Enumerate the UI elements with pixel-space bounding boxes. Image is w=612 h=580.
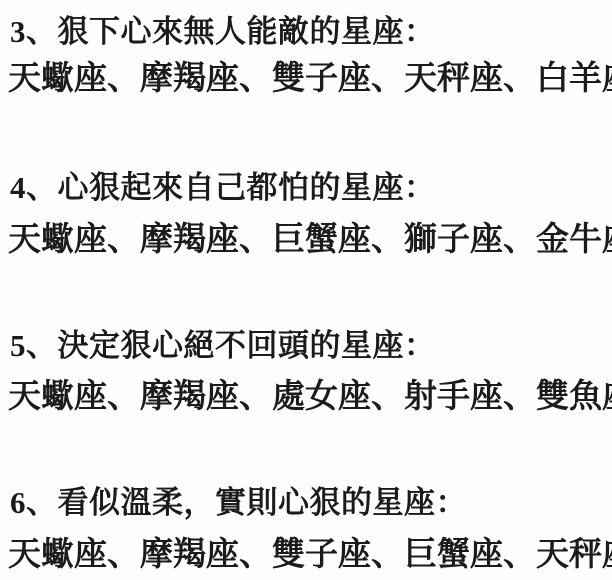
section-3-heading: 3、狠下心來無人能敵的星座：	[10, 15, 436, 49]
section-4-signs-line: 天蠍座、摩羯座、巨蟹座、獅子座、金牛座	[8, 222, 606, 258]
section-5-signs-line: 天蠍座、摩羯座、處女座、射手座、雙魚座	[8, 379, 606, 415]
section-6-signs-line: 天蠍座、摩羯座、雙子座、巨蟹座、天秤座	[8, 537, 606, 573]
section-5-heading: 5、決定狠心絕不回頭的星座：	[10, 329, 436, 363]
zodiac-text-page: 3、狠下心來無人能敵的星座： 天蠍座、摩羯座、雙子座、天秤座、白羊座 4、心狠起…	[0, 0, 612, 580]
section-3-signs-line: 天蠍座、摩羯座、雙子座、天秤座、白羊座	[8, 61, 606, 97]
section-4-heading: 4、心狠起來自己都怕的星座：	[10, 171, 436, 205]
section-6-heading: 6、看似溫柔，實則心狠的星座：	[10, 486, 467, 520]
